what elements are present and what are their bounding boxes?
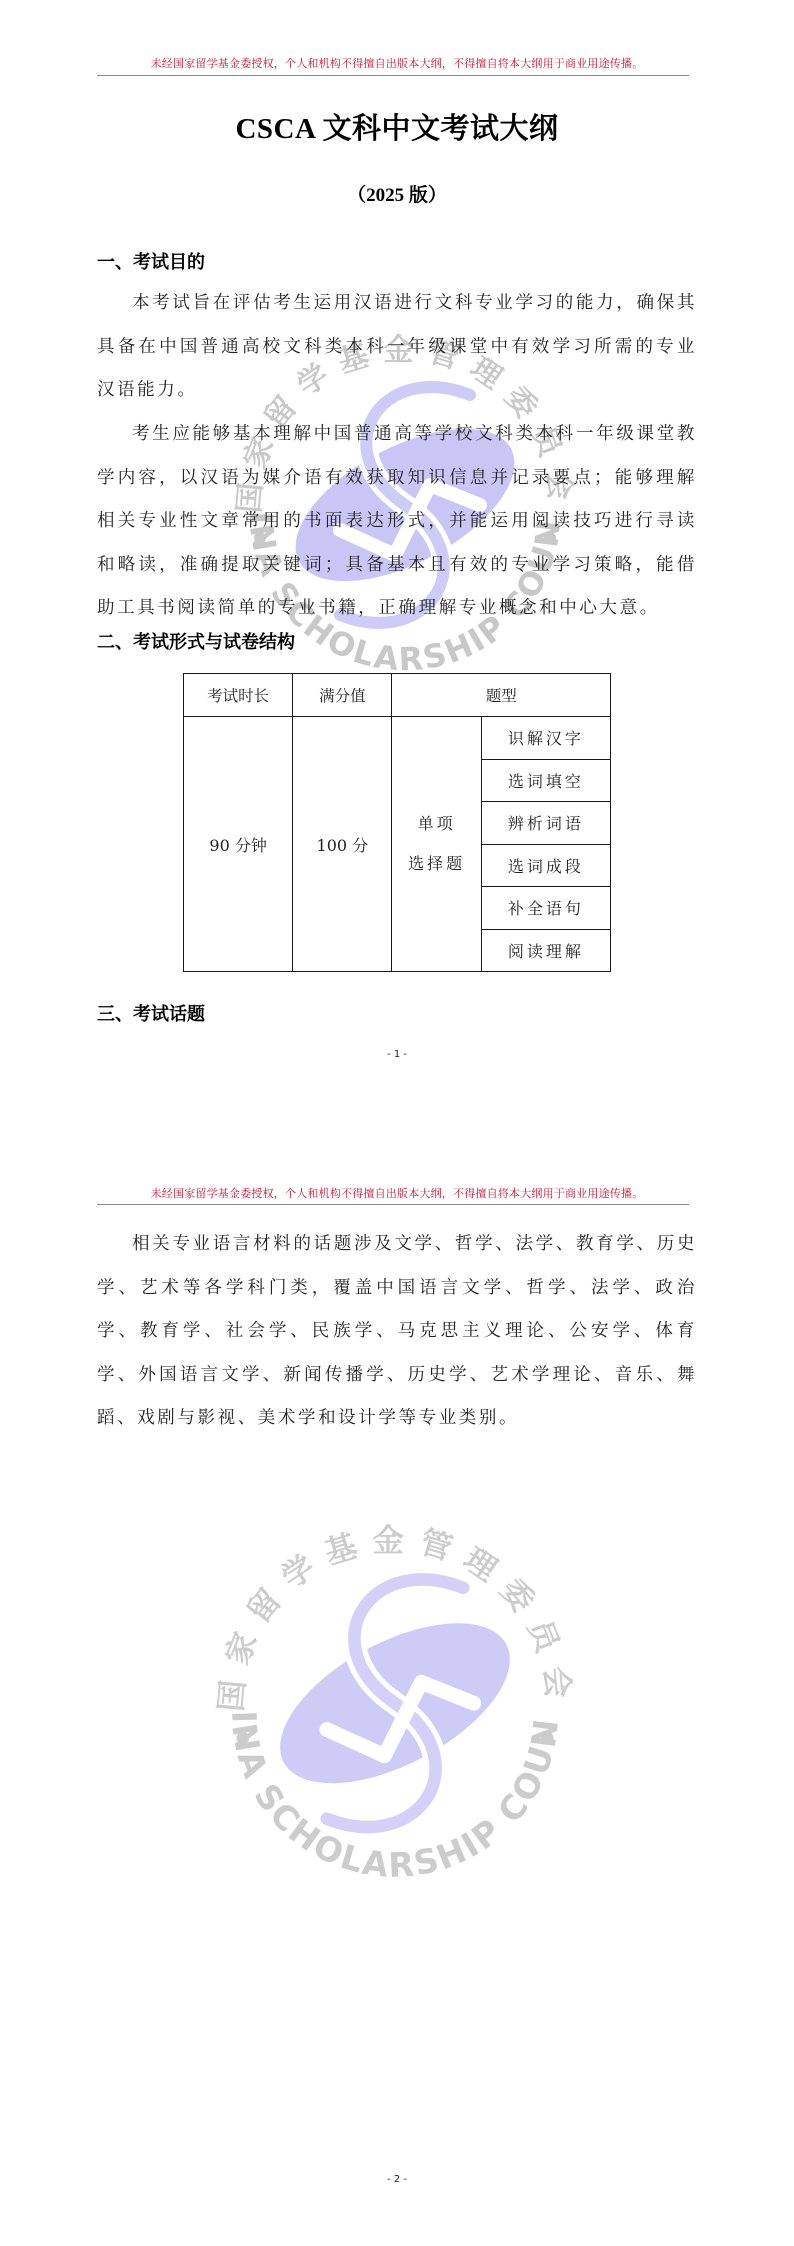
page-1: 未经国家留学基金委授权，个人和机构不得擅自出版本大纲，不得擅自将本大纲用于商业用… xyxy=(0,0,794,1123)
header-rule xyxy=(97,1204,689,1205)
cell-duration: 90 分钟 xyxy=(184,717,293,972)
page-number: - 2 - xyxy=(0,2174,794,2185)
document-title: CSCA 文科中文考试大纲 xyxy=(0,106,794,147)
section-heading-format: 二、考试形式与试卷结构 xyxy=(97,628,295,654)
table-header-row: 考试时长 满分值 题型 xyxy=(184,674,611,717)
section-heading-purpose: 一、考试目的 xyxy=(97,248,205,274)
page-number: - 1 - xyxy=(0,1049,794,1060)
question-format-line-2: 选择题 xyxy=(392,844,480,884)
question-type-item: 补全语句 xyxy=(481,887,610,930)
question-type-item: 辨析词语 xyxy=(481,802,610,845)
section-heading-topics: 三、考试话题 xyxy=(97,1000,205,1026)
question-type-item: 选词填空 xyxy=(481,759,610,802)
question-type-item: 选词成段 xyxy=(481,844,610,887)
header-notice: 未经国家留学基金委授权，个人和机构不得擅自出版本大纲，不得擅自将本大纲用于商业用… xyxy=(97,55,697,71)
header-full-score: 满分值 xyxy=(293,674,392,717)
header-question-type: 题型 xyxy=(392,674,611,717)
page-2: 未经国家留学基金委授权，个人和机构不得擅自出版本大纲，不得擅自将本大纲用于商业用… xyxy=(0,1123,794,2246)
cell-question-format: 单项 选择题 xyxy=(392,717,481,972)
document-edition: （2025 版） xyxy=(0,180,794,207)
watermark-csc-logo-icon: 国家留学基金管理委员会 CHINA SCHOLARSHIP COUNCIL xyxy=(185,1488,605,1908)
question-format-line-1: 单项 xyxy=(392,804,480,844)
header-duration: 考试时长 xyxy=(184,674,293,717)
cell-full-score: 100 分 xyxy=(293,717,392,972)
header-notice: 未经国家留学基金委授权，个人和机构不得擅自出版本大纲，不得擅自将本大纲用于商业用… xyxy=(97,1185,697,1201)
table-row: 90 分钟 100 分 单项 选择题 识解汉字 xyxy=(184,717,611,760)
purpose-paragraph-2: 考生应能够基本理解中国普通高等学校文科类本科一年级课堂教学内容，以汉语为媒介语有… xyxy=(97,413,697,631)
question-type-item: 识解汉字 xyxy=(481,717,610,760)
header-rule xyxy=(97,75,689,76)
svg-text:CHINA SCHOLARSHIP COUNCIL: CHINA SCHOLARSHIP COUNCIL xyxy=(185,1488,566,1885)
svg-text:国家留学基金管理委员会: 国家留学基金管理委员会 xyxy=(213,1523,576,1713)
question-type-item: 阅读理解 xyxy=(481,929,610,972)
exam-structure-table: 考试时长 满分值 题型 90 分钟 100 分 单项 选择题 识解汉字 选词填空… xyxy=(183,673,611,972)
watermark-logo-svg: 国家留学基金管理委员会 CHINA SCHOLARSHIP COUNCIL xyxy=(185,1488,605,1908)
topics-paragraph: 相关专业语言材料的话题涉及文学、哲学、法学、教育学、历史学、艺术等各学科门类，覆… xyxy=(97,1223,697,1441)
purpose-paragraph-1: 本考试旨在评估考生运用汉语进行文科专业学习的能力，确保其具备在中国普通高校文科类… xyxy=(97,282,697,413)
